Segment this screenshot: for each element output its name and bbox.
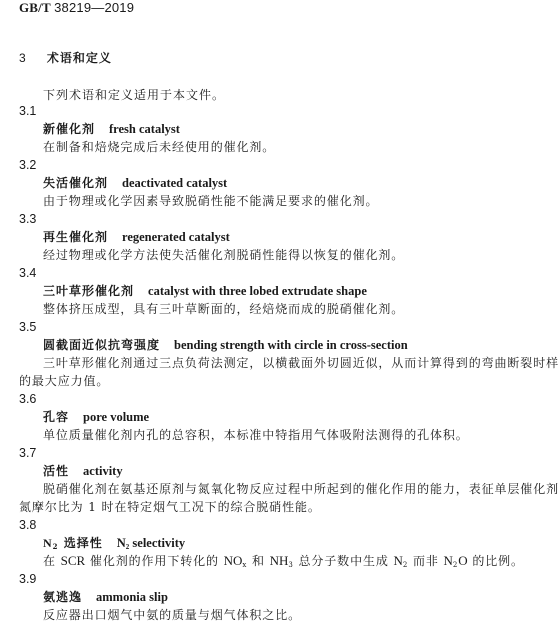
clause-number: 3.7: [19, 444, 36, 462]
term-en: fresh catalyst: [109, 122, 180, 136]
term-en: catalyst with three lobed extrudate shap…: [148, 284, 367, 298]
term-definition: 三叶草形催化剂通过三点负荷法测定，以横截面外切圆近似，从而计算得到的弯曲断裂时样…: [43, 354, 559, 372]
formula-n2: N: [394, 553, 403, 568]
text: 总分子数中生成: [294, 554, 394, 568]
term-en: activity: [83, 464, 123, 478]
scr-abbrev: SCR: [61, 553, 86, 568]
term-en-text: selectivity: [132, 536, 185, 550]
term-entry: 氨逃逸ammonia slip: [43, 588, 168, 606]
text: 的比例。: [468, 554, 524, 568]
term-entry: 圆截面近似抗弯强度bending strength with circle in…: [43, 336, 408, 354]
standard-prefix: GB/T: [19, 0, 51, 15]
clause-number: 3.1: [19, 102, 36, 120]
clause-number: 3.6: [19, 390, 36, 408]
term-zh: 再生催化剂: [43, 230, 108, 244]
clause-number: 3.4: [19, 264, 36, 282]
term-entry: 再生催化剂regenerated catalyst: [43, 228, 230, 246]
clause-number: 3.2: [19, 156, 36, 174]
intro-paragraph: 下列术语和定义适用于本文件。: [43, 86, 225, 104]
clause-number: 3.9: [19, 570, 36, 588]
term-definition: 整体挤压成型，具有三叶草断面的，经焙烧而成的脱硝催化剂。: [43, 300, 404, 318]
text: 在: [43, 554, 61, 568]
term-en: bending strength with circle in cross-se…: [174, 338, 408, 352]
term-zh: 三叶草形催化剂: [43, 284, 134, 298]
term-en: ammonia slip: [96, 590, 168, 604]
term-definition: 在制备和焙烧完成后未经使用的催化剂。: [43, 138, 275, 156]
term-en: deactivated catalyst: [122, 176, 227, 190]
term-zh-prefix: N: [43, 536, 53, 550]
subscript: 2: [53, 542, 59, 551]
term-definition-continued: 氮摩尔比为 1 时在特定烟气工况下的综合脱硝性能。: [19, 498, 321, 516]
term-entry: 失活催化剂deactivated catalyst: [43, 174, 227, 192]
text: 催化剂的作用下转化的: [85, 554, 223, 568]
section-title: 术语和定义: [47, 51, 112, 65]
term-entry: N2 选择性N2 selectivity: [43, 534, 185, 552]
term-zh: 活性: [43, 464, 69, 478]
term-zh: 圆截面近似抗弯强度: [43, 338, 160, 352]
term-zh: N2 选择性: [43, 536, 103, 550]
clause-number: 3.5: [19, 318, 36, 336]
term-zh: 氨逃逸: [43, 590, 82, 604]
text: 和: [247, 554, 269, 568]
formula-nh3: NH: [270, 553, 289, 568]
term-zh-text: 选择性: [64, 536, 103, 550]
term-definition: 由于物理或化学因素导致脱硝性能不能满足要求的催化剂。: [43, 192, 378, 210]
section-number: 3: [19, 51, 43, 65]
term-entry: 三叶草形催化剂catalyst with three lobed extruda…: [43, 282, 367, 300]
term-zh: 孔容: [43, 410, 69, 424]
term-zh: 新催化剂: [43, 122, 95, 136]
term-en: pore volume: [83, 410, 149, 424]
formula-nox: NO: [224, 553, 243, 568]
term-zh: 失活催化剂: [43, 176, 108, 190]
subscript: 2: [126, 543, 130, 551]
clause-number: 3.8: [19, 516, 36, 534]
document-header: GB/T 38219—2019: [19, 0, 134, 16]
term-entry: 活性activity: [43, 462, 123, 480]
term-definition-continued: 的最大应力值。: [19, 372, 109, 390]
formula-n2o-o: O: [458, 553, 467, 568]
text: 而非: [408, 554, 443, 568]
term-en: N2 selectivity: [117, 536, 185, 550]
term-definition: 单位质量催化剂内孔的总容积，本标准中特指用气体吸附法测得的孔体积。: [43, 426, 469, 444]
formula-n2o: N: [443, 553, 452, 568]
term-en: regenerated catalyst: [122, 230, 230, 244]
term-definition: 在 SCR 催化剂的作用下转化的 NOx 和 NH3 总分子数中生成 N2 而非…: [43, 552, 524, 570]
term-definition: 反应器出口烟气中氨的质量与烟气体积之比。: [43, 606, 301, 624]
standard-number: 38219—2019: [54, 0, 134, 15]
term-definition: 脱硝催化剂在氨基还原剂与氮氧化物反应过程中所起到的催化作用的能力，表征单层催化剂…: [43, 480, 559, 498]
term-en-prefix: N: [117, 536, 126, 550]
clause-number: 3.3: [19, 210, 36, 228]
term-entry: 孔容pore volume: [43, 408, 149, 426]
term-entry: 新催化剂fresh catalyst: [43, 120, 180, 138]
section-heading: 3 术语和定义: [19, 49, 112, 66]
term-definition: 经过物理或化学方法使失活催化剂脱硝性能得以恢复的催化剂。: [43, 246, 404, 264]
